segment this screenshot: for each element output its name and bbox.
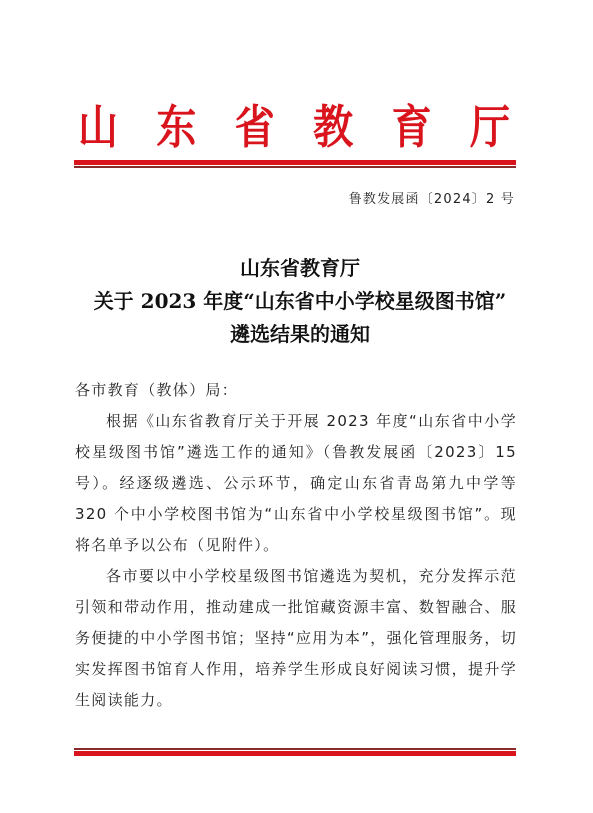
document-number: 鲁教发展函〔2024〕2 号 (349, 188, 515, 207)
masthead-char: 教 (313, 105, 353, 151)
title-line-1: 山东省教育厅 (60, 252, 540, 285)
masthead-issuer: 山 东 省 教 育 厅 (74, 100, 516, 156)
title-line-2: 关于 2023 年度“山东省中小学校星级图书馆” (60, 285, 540, 318)
masthead-char: 育 (392, 105, 432, 151)
masthead-char: 山 (78, 105, 118, 151)
document-page: 山 东 省 教 育 厅 鲁教发展函〔2024〕2 号 山东省教育厅 关于 202… (0, 0, 593, 813)
document-body: 各市教育（教体）局： 根据《山东省教育厅关于开展 2023 年度“山东省中小学校… (75, 375, 517, 716)
footer-divider-thin (74, 748, 516, 750)
title-line-3: 遴选结果的通知 (60, 318, 540, 351)
masthead-char: 东 (156, 105, 196, 151)
masthead-char: 厅 (470, 105, 510, 151)
body-paragraph: 根据《山东省教育厅关于开展 2023 年度“山东省中小学校星级图书馆”遴选工作的… (75, 406, 517, 561)
masthead-divider-thin (74, 166, 516, 168)
masthead-char: 省 (235, 105, 275, 151)
masthead-divider-thick (74, 160, 516, 165)
document-title: 山东省教育厅 关于 2023 年度“山东省中小学校星级图书馆” 遴选结果的通知 (60, 252, 540, 351)
salutation: 各市教育（教体）局： (75, 375, 517, 406)
footer-divider-thick (74, 751, 516, 756)
body-paragraph: 各市要以中小学校星级图书馆遴选为契机，充分发挥示范引领和带动作用，推动建成一批馆… (75, 561, 517, 716)
